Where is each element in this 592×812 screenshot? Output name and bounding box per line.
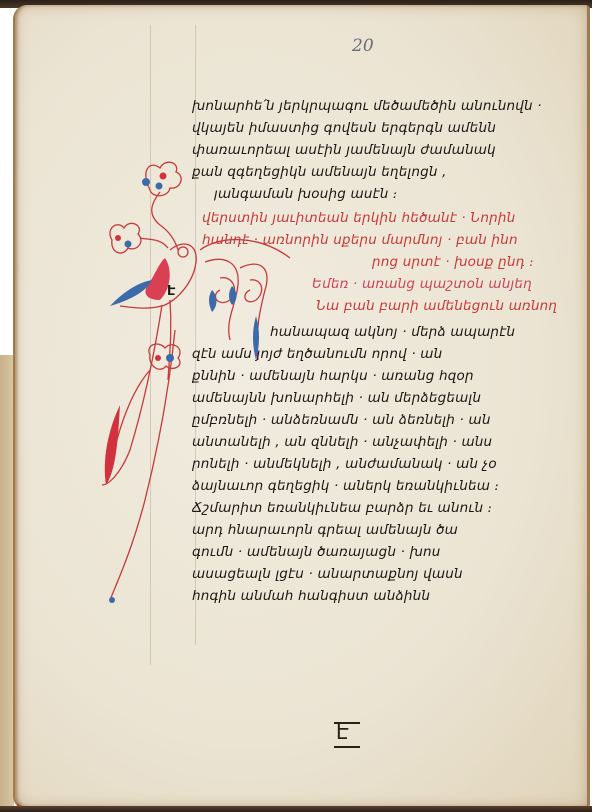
text-line: ասացեալն լցէս · անարտաքնոյ վասն	[192, 564, 463, 584]
text-line: զէն ամս յոյժ եղծանումն որով · ան	[192, 344, 442, 364]
rubric-line: հանդէ · առնորին սքերս մարմնոյ · բան ինո	[202, 230, 518, 250]
text-line: գումն · ամենայն ծառայացն · խոս	[192, 542, 441, 562]
rubric-line: վերստին յաւիտեան երկին հեծանէ · Նորին	[202, 208, 515, 228]
rubric-line: Եմեռ · առանց պաշտօն անյեղ	[312, 274, 532, 294]
text-line: րոնելի · անմեկնելի , անժամանակ · ան չօ	[192, 454, 497, 474]
text-line: փառաւորեալ ասէին յամենայն ժամանակ	[192, 140, 496, 160]
rubric-line: րոց սրտէ · խօսք ընդ ։	[372, 252, 534, 272]
quire-underline	[334, 746, 360, 748]
folio-number: 20	[352, 36, 374, 56]
text-line: Ճշմարիտ եռանկիւնեա բարձր եւ անուն ։	[192, 498, 492, 518]
text-line: հոգին անմահ հանգիստ անձինն	[192, 586, 430, 606]
text-line: վկայեն իմաստից գովեսն երգերգն ամենն	[192, 118, 496, 138]
text-line: քան զգեղեցիկն ամենայն եղելոցն ,	[192, 162, 447, 182]
bottom-edge-shadow	[0, 806, 592, 812]
adjacent-leaf-edge	[0, 355, 14, 812]
rubric-line: Նա բան բարի ամենեցուն առնող	[316, 296, 557, 316]
quire-overline	[334, 722, 360, 724]
quire-signature: Է	[336, 720, 349, 744]
text-line: յանգաման խօսից ասէն ։	[214, 184, 398, 204]
text-line: խոնարհե՛ն յերկրպագու մեծամեծին անունովն …	[192, 96, 542, 116]
text-line: ամենայնն խոնարհելի · ան մերձեցեալն	[192, 388, 481, 408]
text-line: հանապազ ակնոյ · մերձ ապարէն	[270, 322, 515, 342]
ruling-line	[150, 25, 151, 665]
text-line: ձայնաւոր գեղեցիկ · աներկ եռանկիւնեա ։	[192, 476, 499, 496]
marginal-letter-mark: Է	[167, 284, 175, 299]
text-line: արդ հնարաւորն գրեալ ամենայն ծա	[192, 520, 458, 540]
text-line: անտանելի , ան զննելի · անչափելի · անս	[192, 432, 492, 452]
text-line: քննին · ամենայն հարկս · առանց հզօր	[192, 366, 474, 386]
text-line: ըմբռնելի · անձեռնամն · ան ձեռնելի · ան	[192, 410, 491, 430]
